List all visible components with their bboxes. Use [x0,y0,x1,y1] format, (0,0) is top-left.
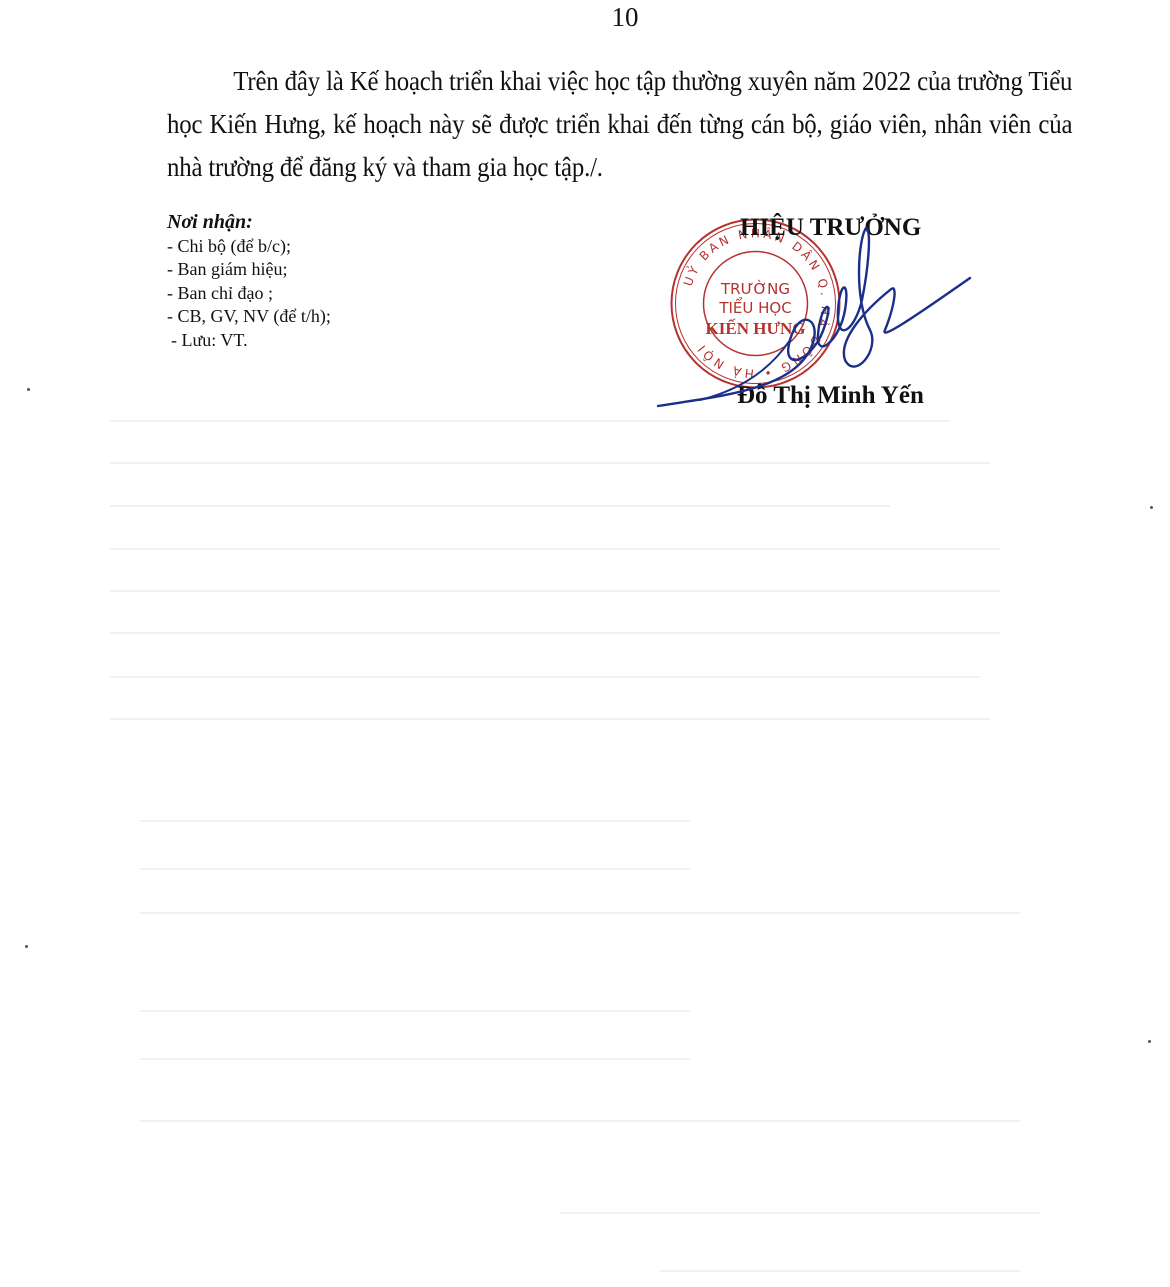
signature-block: UỶ BAN NHÂN DÂN Q. HÀ ĐÔNG • HÀ NỘI TRƯỜ… [640,210,980,430]
recipient-item: - Chi bộ (để b/c); [167,235,331,259]
scan-speck [27,388,30,391]
signer-name: Đỗ Thị Minh Yến [737,382,924,410]
page-number: 10 [0,2,1170,33]
scan-speck [1150,506,1153,509]
scan-speck [25,945,28,948]
recipient-item: - Ban giám hiệu; [167,258,331,282]
official-stamp-icon: UỶ BAN NHÂN DÂN Q. HÀ ĐÔNG • HÀ NỘI TRƯỜ… [668,216,843,391]
closing-paragraph: Trên đây là Kế hoạch triển khai việc học… [167,60,1072,189]
recipients-heading: Nơi nhận: [167,211,331,235]
recipient-item: - CB, GV, NV (để t/h); [167,305,331,329]
recipient-item: - Lưu: VT. [167,329,331,353]
svg-text:TIỂU HỌC: TIỂU HỌC [718,296,791,317]
recipient-item: - Ban chỉ đạo ; [167,282,331,306]
signer-title: HIỆU TRƯỞNG [740,214,921,242]
svg-text:TRƯỜNG: TRƯỜNG [720,279,790,298]
recipients-block: Nơi nhận: - Chi bộ (để b/c); - Ban giám … [167,211,331,352]
svg-text:KIẾN HƯNG: KIẾN HƯNG [706,319,806,338]
scan-speck [1148,1040,1151,1043]
